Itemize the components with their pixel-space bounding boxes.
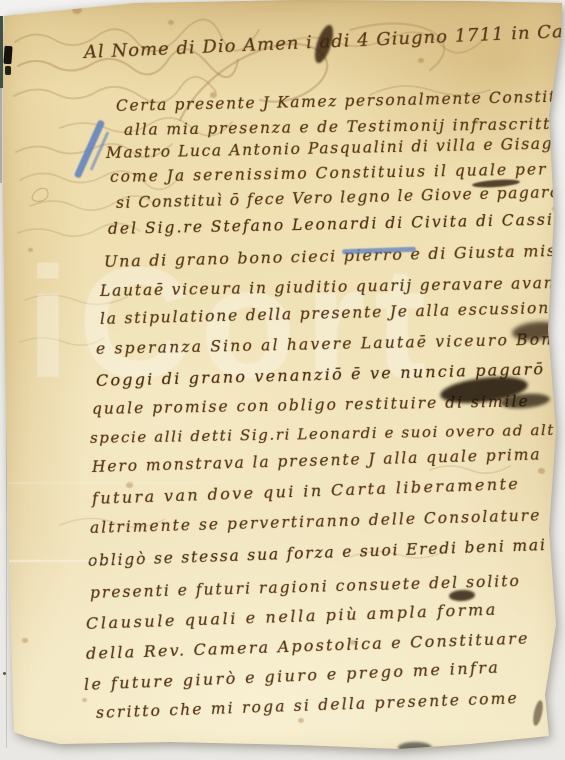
foxing-spot [72, 6, 82, 14]
manuscript-line: Una di grano bono cieci pierro e di Gius… [104, 240, 565, 271]
manuscript-line: della Rev. Camera Apostolica e Constitua… [86, 629, 530, 663]
manuscript-line: Lautaē viceura in giuditio quarij gerava… [100, 274, 565, 300]
manuscript-line: del Sig.re Stefano Leonardi di Civita di… [108, 210, 565, 238]
manuscript-line: la stipulatione della presente Je alla e… [100, 299, 561, 328]
foxing-spot [538, 468, 545, 474]
ghost-stroke [32, 188, 48, 201]
manuscript-line: Hero monstrava la presente J alla quale … [92, 445, 542, 476]
foxing-spot [418, 58, 424, 63]
foxing-spot [168, 20, 174, 25]
manuscript-line: scritto che mi roga si della presente co… [96, 689, 520, 722]
manuscript-line: altrimente se pervertiranno delle Consol… [90, 506, 542, 537]
ghost-stroke [20, 338, 104, 345]
ink-stain-left-edge-small [5, 66, 11, 75]
foxing-spot [506, 248, 512, 253]
foxing-spot [298, 718, 304, 723]
manuscript-line: Clausule quali e nella più ampla forma [86, 600, 499, 633]
ink-stain-left-edge [3, 46, 12, 65]
foxing-spot [28, 248, 33, 252]
manuscript-page: iCort Al Nome di Dio Amen i adi 4 Giugno… [0, 0, 565, 760]
foxing-spot [82, 698, 87, 702]
foxing-spot [474, 120, 479, 124]
manuscript-line: specie alli detti Sig.ri Leonardi e suoi… [90, 421, 565, 447]
ink-blot [531, 699, 544, 726]
manuscript-line: e speranza Sino al havere Lautaē viceuro… [96, 330, 554, 358]
ink-blot [511, 320, 561, 343]
foxing-spot [126, 482, 133, 488]
foxing-spot [350, 640, 356, 645]
paper-shadow-wrap: iCort Al Nome di Dio Amen i adi 4 Giugno… [0, 0, 565, 760]
ghost-stroke [430, 466, 510, 473]
manuscript-line: futura van dove qui in Carta liberamente [92, 474, 521, 508]
manuscript-line: Certa presente J Kamez personalmente Con… [116, 87, 565, 115]
manuscript-line: obligò se stessa sua forza e suoi Eredi … [88, 536, 547, 570]
foxing-spot [210, 92, 217, 98]
manuscript-line: le future giurò e giuro e prego me infra [84, 658, 501, 694]
foxing-spot [552, 206, 560, 212]
ink-blot [398, 742, 432, 753]
foxing-spot [22, 638, 28, 643]
scanned-document-photo: iCort Al Nome di Dio Amen i adi 4 Giugno… [0, 0, 565, 760]
manuscript-line: si Constituì ō fece Vero legno le Giove … [116, 183, 565, 212]
